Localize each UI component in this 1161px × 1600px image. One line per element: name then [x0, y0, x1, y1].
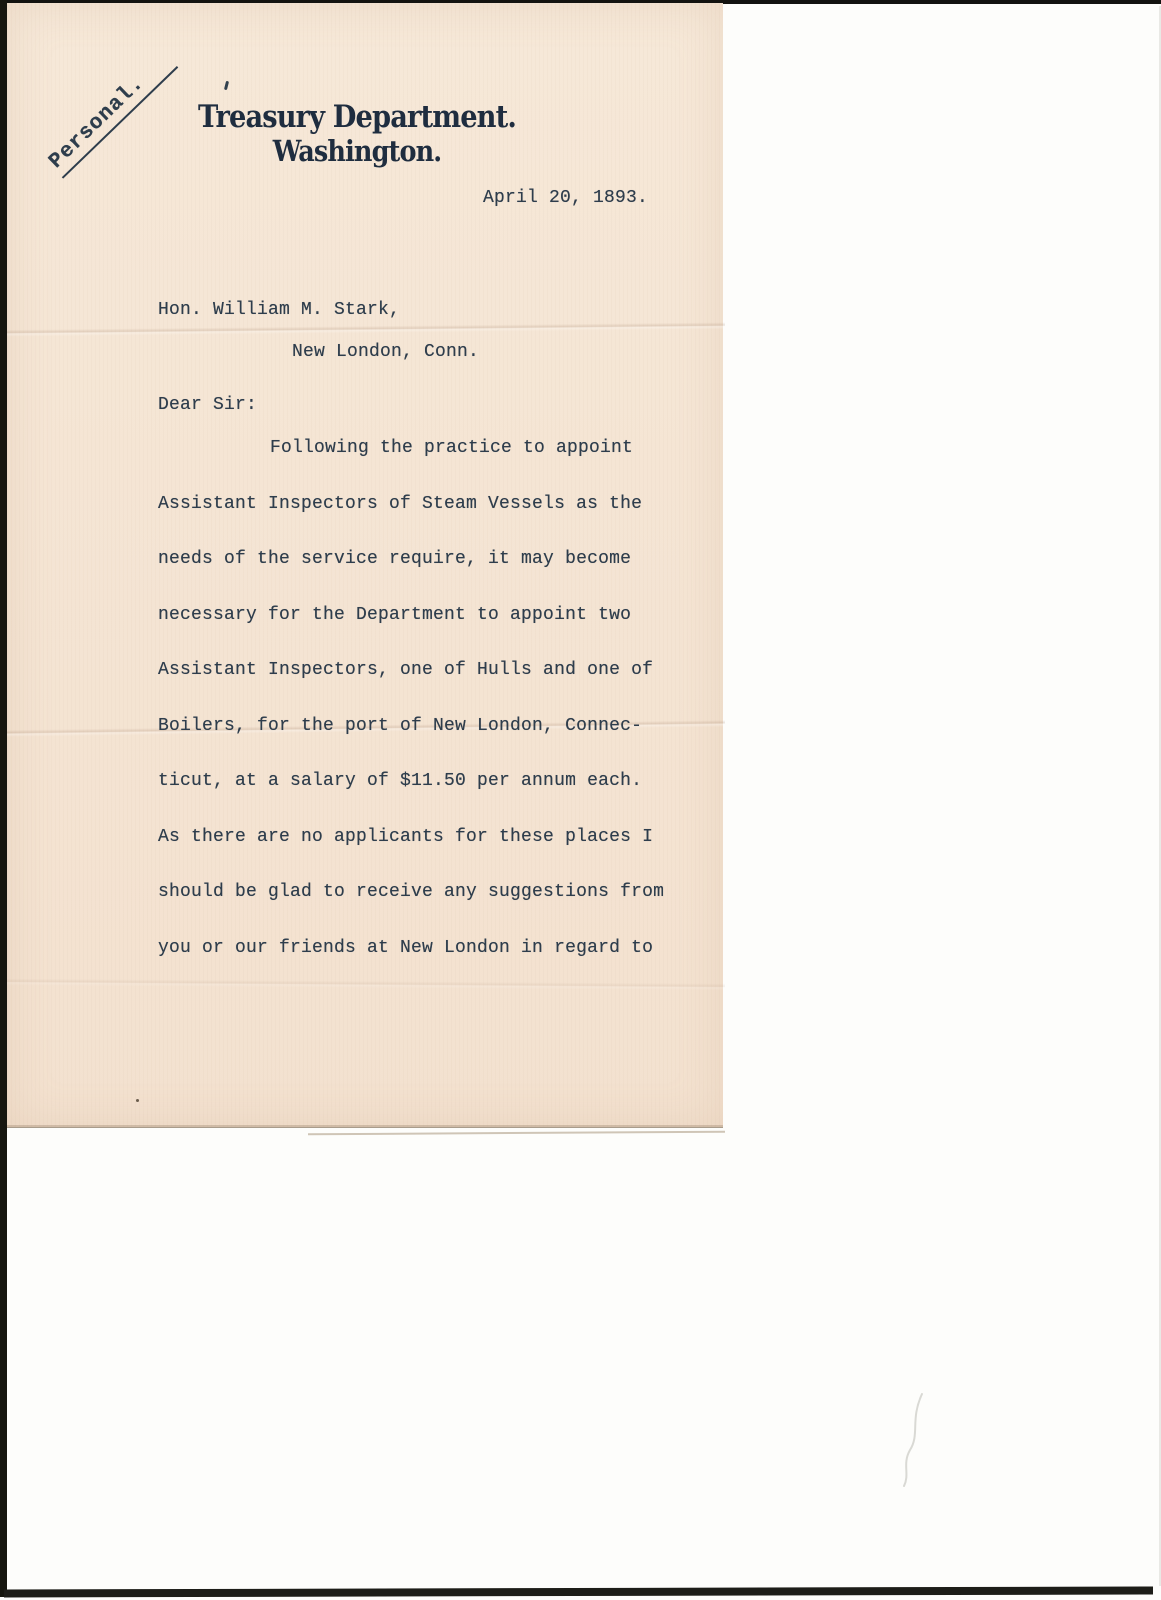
- letter-body: Following the practice to appoint Assist…: [158, 435, 650, 990]
- letter-date: April 20, 1893.: [483, 188, 648, 208]
- body-line: Assistant Inspectors, one of Hulls and o…: [158, 657, 650, 713]
- body-line: Assistant Inspectors of Steam Vessels as…: [158, 491, 650, 547]
- scanned-letter-page: Personal. Treasury Department. Washingto…: [0, 0, 1161, 1600]
- recipient-address: New London, Conn.: [292, 342, 479, 362]
- fold-crease: [5, 322, 725, 337]
- letter-sheet: Personal. Treasury Department. Washingto…: [7, 3, 723, 1128]
- scan-left-edge: [0, 0, 7, 1597]
- body-line: should be glad to receive any suggestion…: [158, 879, 650, 935]
- body-line: necessary for the Department to appoint …: [158, 602, 650, 658]
- letterhead-department: Treasury Department.: [49, 99, 665, 135]
- body-line: As there are no applicants for these pla…: [158, 824, 650, 880]
- stray-ink-mark: [224, 81, 229, 90]
- salutation: Dear Sir:: [158, 395, 257, 415]
- body-line: ticut, at a salary of $11.50 per annum e…: [158, 768, 650, 824]
- body-line: Following the practice to appoint: [158, 435, 650, 491]
- letterhead: Treasury Department. Washington.: [7, 99, 707, 167]
- ink-speck: [136, 1099, 139, 1102]
- letterhead-city: Washington.: [49, 135, 665, 167]
- scan-bottom-edge: [4, 1586, 1153, 1597]
- recipient-name: Hon. William M. Stark,: [158, 300, 400, 320]
- body-line: you or our friends at New London in rega…: [158, 935, 650, 991]
- body-line: needs of the service require, it may bec…: [158, 546, 650, 602]
- scratch-mark: [880, 1390, 950, 1490]
- body-line: Boilers, for the port of New London, Con…: [158, 713, 650, 769]
